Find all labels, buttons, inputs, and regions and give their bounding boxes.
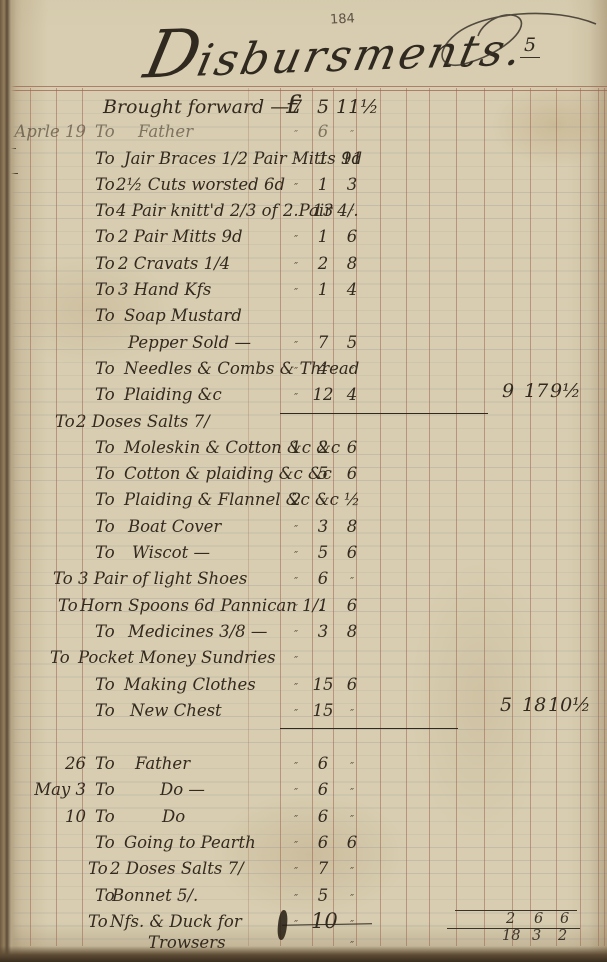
amount-shillings: 7 bbox=[311, 333, 335, 352]
amount-pence: ″ bbox=[336, 933, 368, 952]
row-description: Making Clothes bbox=[124, 675, 256, 694]
amount-shillings: 1 bbox=[311, 175, 335, 194]
amount-pence: ″ bbox=[336, 912, 368, 931]
row-description: Pepper Sold — bbox=[128, 333, 251, 352]
row-date: 26 bbox=[0, 754, 86, 773]
row-prefix: To bbox=[95, 490, 115, 509]
row-prefix: To bbox=[95, 201, 115, 220]
row-description: 2½ Cuts worsted 6d bbox=[116, 175, 285, 194]
amount-shillings: 5 bbox=[311, 96, 335, 118]
ledger-row: To 3 Hand Kfs ″ 1 4 bbox=[0, 280, 607, 306]
row-prefix: To bbox=[95, 122, 115, 141]
row-date: Aprle 19 bbox=[0, 122, 86, 141]
amount-pounds: ″ bbox=[282, 886, 310, 905]
row-prefix: To bbox=[95, 780, 115, 799]
amount-pence: 11½ bbox=[336, 96, 368, 118]
ledger-row: To 2 Cravats 1/4 ″ 2 8 bbox=[0, 254, 607, 280]
row-prefix: To bbox=[95, 833, 115, 852]
amount-shillings: 2 bbox=[311, 254, 335, 273]
amount-shillings: 5 bbox=[311, 886, 335, 905]
sum-rule bbox=[455, 910, 577, 911]
amount-pence: 5 bbox=[336, 333, 368, 352]
footer-sum-cell: 18 bbox=[502, 928, 520, 944]
ledger-row: To Plaiding & Flannel &c &c 2 ″ ½ bbox=[0, 490, 607, 516]
row-description: Brought forward — bbox=[103, 96, 289, 118]
row-date: May 3 bbox=[0, 780, 86, 799]
row-prefix: To bbox=[95, 517, 115, 536]
amount-shillings: ″ bbox=[311, 490, 335, 509]
row-description: 2 Pair Mitts 9d bbox=[118, 227, 243, 246]
amount-pence: 6 bbox=[336, 438, 368, 457]
amount-pounds: ″ bbox=[282, 859, 310, 878]
total-shillings: 17 bbox=[524, 380, 548, 402]
row-prefix: To bbox=[95, 227, 115, 246]
amount-pounds: 2 bbox=[282, 490, 310, 509]
amount-pence: ″ bbox=[336, 359, 368, 378]
amount-pence: ½ bbox=[336, 490, 368, 509]
ledger-row: To 2 Doses Salts 7/ ″ 7 ″ bbox=[0, 859, 607, 885]
ledger-row: Aprle 19 To Father ″ 6 ″ bbox=[0, 122, 607, 148]
row-description: Soap Mustard bbox=[124, 306, 242, 325]
ledger-row: To 4 Pair knitt'd 2/3 of 2 Pair 4/. . 13… bbox=[0, 201, 607, 227]
amount-pounds: ″ bbox=[282, 122, 310, 141]
ledger-row: To Wiscot — ″ 5 6 bbox=[0, 543, 607, 569]
amount-pounds: . bbox=[282, 201, 310, 220]
amount-shillings: 1 bbox=[311, 280, 335, 299]
amount-pounds: ″ bbox=[282, 227, 310, 246]
ledger-row: May 3 To Do — ″ 6 ″ bbox=[0, 780, 607, 806]
amount-shillings: 6 bbox=[311, 807, 335, 826]
amount-pence: 11 bbox=[336, 149, 368, 168]
pen-flourish bbox=[428, 4, 600, 76]
amount-shillings: 12 bbox=[311, 385, 335, 404]
amount-shillings: 13 bbox=[311, 201, 335, 220]
row-prefix: To bbox=[95, 464, 115, 483]
ledger-row: Pepper Sold — ″ 7 5 bbox=[0, 333, 607, 359]
ledger-row: To 2 Pair Mitts 9d ″ 1 6 bbox=[0, 227, 607, 253]
ledger-row: To Bonnet 5/. ″ 5 ″ bbox=[0, 886, 607, 912]
amount-pounds: ″ bbox=[282, 333, 310, 352]
amount-pence: 6 bbox=[336, 833, 368, 852]
amount-pounds: ″ bbox=[282, 833, 310, 852]
row-prefix: To bbox=[95, 438, 115, 457]
amount-shillings: 6 bbox=[311, 780, 335, 799]
ledger-row: To 2 Doses Salts 7/ bbox=[0, 412, 607, 438]
amount-shillings: 2 bbox=[311, 438, 335, 457]
amount-shillings: 6 bbox=[311, 754, 335, 773]
row-description: Going to Pearth bbox=[124, 833, 256, 852]
total-pence: 10½ bbox=[548, 694, 591, 716]
amount-shillings: 1 bbox=[311, 149, 335, 168]
sum-rule bbox=[447, 928, 580, 929]
amount-shillings: 5 bbox=[311, 464, 335, 483]
row-description: Father bbox=[138, 122, 193, 141]
ledger-row: To New Chest ″ 15 ″ bbox=[0, 701, 607, 727]
row-description: Bonnet 5/. bbox=[112, 886, 198, 905]
ledger-row: To Going to Pearth ″ 6 6 bbox=[0, 833, 607, 859]
footer-sum-cell: 3 bbox=[532, 928, 541, 944]
total-pence: 9½ bbox=[550, 380, 581, 402]
amount-pounds: ″ bbox=[282, 517, 310, 536]
amount-pence: 6 bbox=[336, 464, 368, 483]
amount-pounds: ″ bbox=[282, 359, 310, 378]
row-description: 2 Cravats 1/4 bbox=[118, 254, 230, 273]
ledger-row: To Jair Braces 1/2 Pair Mitts 9d ″ 1 11 bbox=[0, 149, 607, 175]
amount-pounds: ″ bbox=[282, 648, 310, 667]
total-shillings: 18 bbox=[522, 694, 546, 716]
row-description: 3 Hand Kfs bbox=[118, 280, 211, 299]
amount-shillings: 7 bbox=[311, 859, 335, 878]
row-prefix: To bbox=[53, 569, 73, 588]
ledger-row: 10 To Do ″ 6 ″ bbox=[0, 807, 607, 833]
ledger-row: To Boat Cover ″ 3 8 bbox=[0, 517, 607, 543]
amount-shillings: 15 bbox=[311, 675, 335, 694]
row-prefix: To bbox=[55, 412, 75, 431]
total-pounds: 9 bbox=[502, 380, 514, 402]
page-number: 5 bbox=[520, 34, 540, 58]
amount-shillings: 3 bbox=[311, 517, 335, 536]
ledger-row: To Medicines 3/8 — ″ 3 8 bbox=[0, 622, 607, 648]
row-prefix: To bbox=[88, 859, 108, 878]
ledger-row: To Moleskin & Cotton &c &c 1 2 6 bbox=[0, 438, 607, 464]
row-prefix: To bbox=[95, 359, 115, 378]
footer-sum-cell: 2 bbox=[506, 911, 515, 927]
amount-pounds: ″ bbox=[282, 675, 310, 694]
amount-pence: 6 bbox=[336, 227, 368, 246]
row-description: Wiscot — bbox=[132, 543, 210, 562]
row-description: Do — bbox=[160, 780, 205, 799]
amount-pence: 4 bbox=[336, 385, 368, 404]
amount-pence: ″ bbox=[336, 754, 368, 773]
row-prefix: To bbox=[95, 543, 115, 562]
ledger-row: To Soap Mustard bbox=[0, 306, 607, 332]
amount-pounds: ″ bbox=[282, 622, 310, 641]
amount-shillings: 10 bbox=[311, 909, 335, 933]
ledger-row: Brought forward — £ 7 5 11½ bbox=[0, 96, 607, 122]
row-prefix: To bbox=[95, 385, 115, 404]
amount-pounds: ″ bbox=[282, 569, 310, 588]
row-prefix: To bbox=[95, 175, 115, 194]
amount-shillings: 6 bbox=[311, 122, 335, 141]
amount-shillings: 4 bbox=[311, 359, 335, 378]
row-prefix: To bbox=[95, 622, 115, 641]
row-prefix: To bbox=[95, 754, 115, 773]
row-description: Pocket Money Sundries bbox=[78, 648, 276, 667]
amount-pence: 6 bbox=[336, 543, 368, 562]
amount-pounds: 1 bbox=[282, 438, 310, 457]
amount-pounds: ″ bbox=[282, 385, 310, 404]
amount-shillings: 6 bbox=[311, 569, 335, 588]
ledger-row: To Horn Spoons 6d Pannican 1/. ″ 1 6 bbox=[0, 596, 607, 622]
row-prefix: To bbox=[58, 596, 78, 615]
row-description: Plaiding &c bbox=[124, 385, 222, 404]
row-description: Cotton & plaiding &c &c bbox=[124, 464, 332, 483]
amount-pence: ″ bbox=[336, 807, 368, 826]
amount-pounds: ″ bbox=[282, 254, 310, 273]
amount-pence: 8 bbox=[336, 254, 368, 273]
ledger-row: To Plaiding &c ″ 12 4 bbox=[0, 385, 607, 411]
row-description: 2 Doses Salts 7/ bbox=[76, 412, 210, 431]
row-prefix: To bbox=[50, 648, 70, 667]
amount-pence: ″ bbox=[336, 886, 368, 905]
amount-pence: 6 bbox=[336, 675, 368, 694]
ledger-row: To 2½ Cuts worsted 6d ″ 1 3 bbox=[0, 175, 607, 201]
amount-shillings: 3 bbox=[311, 622, 335, 641]
amount-shillings: 5 bbox=[311, 543, 335, 562]
amount-pounds: ″ bbox=[282, 807, 310, 826]
amount-pence: ″ bbox=[336, 780, 368, 799]
amount-pence: ″ bbox=[336, 569, 368, 588]
row-prefix: To bbox=[95, 807, 115, 826]
ledger-row: To Pocket Money Sundries ″ bbox=[0, 648, 607, 674]
total-pounds: 5 bbox=[500, 694, 512, 716]
amount-pence: 3 bbox=[336, 175, 368, 194]
row-description: 3 Pair of light Shoes bbox=[78, 569, 247, 588]
amount-pounds: 7 bbox=[282, 96, 310, 118]
ledger-row: To 3 Pair of light Shoes ″ 6 ″ bbox=[0, 569, 607, 595]
amount-pence: 8 bbox=[336, 622, 368, 641]
footer-sum-cell: 6 bbox=[560, 911, 569, 927]
ledger-row: To Making Clothes ″ 15 6 bbox=[0, 675, 607, 701]
row-prefix: To bbox=[95, 675, 115, 694]
header-rule bbox=[0, 90, 607, 91]
footer-sum-cell: 6 bbox=[534, 911, 543, 927]
row-description: Nfs. & Duck for bbox=[110, 912, 242, 931]
row-prefix: To bbox=[95, 280, 115, 299]
amount-shillings: 15 bbox=[311, 701, 335, 720]
amount-pence: ″ bbox=[336, 859, 368, 878]
ledger-rows: Brought forward — £ 7 5 11½ Aprle 19 To … bbox=[0, 96, 607, 953]
amount-shillings: 1 bbox=[311, 596, 335, 615]
row-prefix: To bbox=[95, 254, 115, 273]
amount-pence: 6 bbox=[336, 596, 368, 615]
row-description: Do bbox=[162, 807, 185, 826]
row-date: 10 bbox=[0, 807, 86, 826]
amount-shillings: 1 bbox=[311, 227, 335, 246]
amount-pence: ″ bbox=[336, 701, 368, 720]
amount-pence: 4 bbox=[336, 280, 368, 299]
amount-pounds: ″ bbox=[282, 149, 310, 168]
row-prefix: To bbox=[95, 306, 115, 325]
row-description: Boat Cover bbox=[128, 517, 221, 536]
row-description: 2 Doses Salts 7/ bbox=[110, 859, 244, 878]
row-prefix: To bbox=[95, 701, 115, 720]
amount-pounds: ″ bbox=[282, 780, 310, 799]
amount-pounds: ″ bbox=[282, 280, 310, 299]
amount-pounds: ″ bbox=[282, 175, 310, 194]
amount-pounds: ″ bbox=[282, 543, 310, 562]
row-description: Trowsers bbox=[148, 933, 226, 952]
row-description: Father bbox=[135, 754, 190, 773]
amount-pounds: ″ bbox=[282, 596, 310, 615]
amount-pence: ″ bbox=[336, 201, 368, 220]
amount-pounds: ″ bbox=[282, 754, 310, 773]
amount-pence: 8 bbox=[336, 517, 368, 536]
row-description: Medicines 3/8 — bbox=[128, 622, 267, 641]
row-prefix: To bbox=[95, 149, 115, 168]
ledger-row: 26 To Father ″ 6 ″ bbox=[0, 754, 607, 780]
footer-sum-cell: 2 bbox=[558, 928, 567, 944]
ledger-page: 184 Disbursments. 5 6 Brought forward — … bbox=[0, 0, 607, 962]
amount-pence: ″ bbox=[336, 122, 368, 141]
ledger-row: To Cotton & plaiding &c &c 5 6 bbox=[0, 464, 607, 490]
amount-shillings: 6 bbox=[311, 833, 335, 852]
row-description: New Chest bbox=[130, 701, 222, 720]
row-prefix: To bbox=[88, 912, 108, 931]
amount-pounds: ″ bbox=[282, 701, 310, 720]
ledger-row: To Needles & Combs & Thread ″ 4 ″ bbox=[0, 359, 607, 385]
